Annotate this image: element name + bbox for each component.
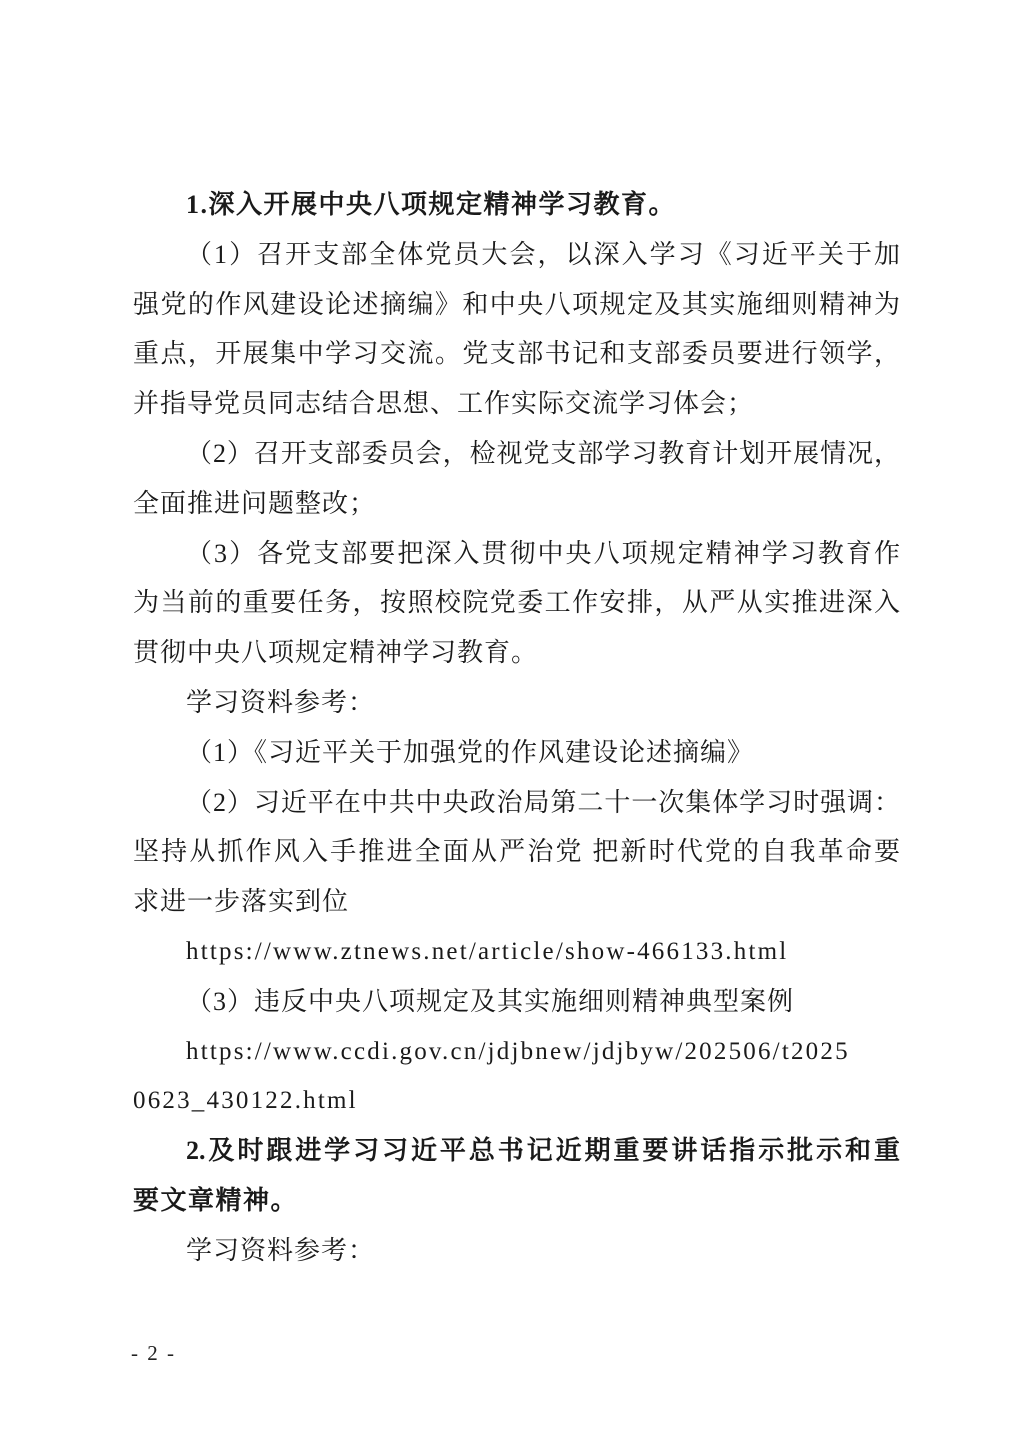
document-body: 1.深入开展中央八项规定精神学习教育。 （1）召开支部全体党员大会，以深入学习《… [133, 180, 900, 1276]
section-2-heading: 要文章精神。 [133, 1176, 900, 1226]
section-2-heading: 2.及时跟进学习习近平总书记近期重要讲话指示批示和重 [133, 1126, 900, 1176]
reference-2-line: （2）习近平在中共中央政治局第二十一次集体学习时强调： [133, 778, 900, 828]
reference-3-url: 0623_430122.html [133, 1076, 900, 1126]
reference-1-line: （1）《习近平关于加强党的作风建设论述摘编》 [133, 728, 900, 778]
page-number: - 2 - [131, 1341, 176, 1366]
reference-3-url: https://www.ccdi.gov.cn/jdjbnew/jdjbyw/2… [133, 1027, 900, 1077]
para-1-line: （1）召开支部全体党员大会，以深入学习《习近平关于加 [133, 230, 900, 280]
para-2-line: （2）召开支部委员会，检视党支部学习教育计划开展情况， [133, 429, 900, 479]
reference-2-url: https://www.ztnews.net/article/show-4661… [133, 927, 900, 977]
section-1-heading: 1.深入开展中央八项规定精神学习教育。 [133, 180, 900, 230]
para-3-line: 贯彻中央八项规定精神学习教育。 [133, 628, 900, 678]
para-1-line: 强党的作风建设论述摘编》和中央八项规定及其实施细则精神为 [133, 280, 900, 330]
reference-3-line: （3）违反中央八项规定及其实施细则精神典型案例 [133, 977, 900, 1027]
study-materials-label: 学习资料参考： [133, 1226, 900, 1276]
reference-2-line: 求进一步落实到位 [133, 877, 900, 927]
para-3-line: （3）各党支部要把深入贯彻中央八项规定精神学习教育作 [133, 529, 900, 579]
document-page: 1.深入开展中央八项规定精神学习教育。 （1）召开支部全体党员大会，以深入学习《… [0, 0, 1024, 1448]
para-3-line: 为当前的重要任务，按照校院党委工作安排，从严从实推进深入 [133, 578, 900, 628]
para-1-line: 并指导党员同志结合思想、工作实际交流学习体会； [133, 379, 900, 429]
study-materials-label: 学习资料参考： [133, 678, 900, 728]
reference-2-line: 坚持从抓作风入手推进全面从严治党 把新时代党的自我革命要 [133, 827, 900, 877]
para-1-line: 重点，开展集中学习交流。党支部书记和支部委员要进行领学， [133, 329, 900, 379]
para-2-line: 全面推进问题整改； [133, 479, 900, 529]
